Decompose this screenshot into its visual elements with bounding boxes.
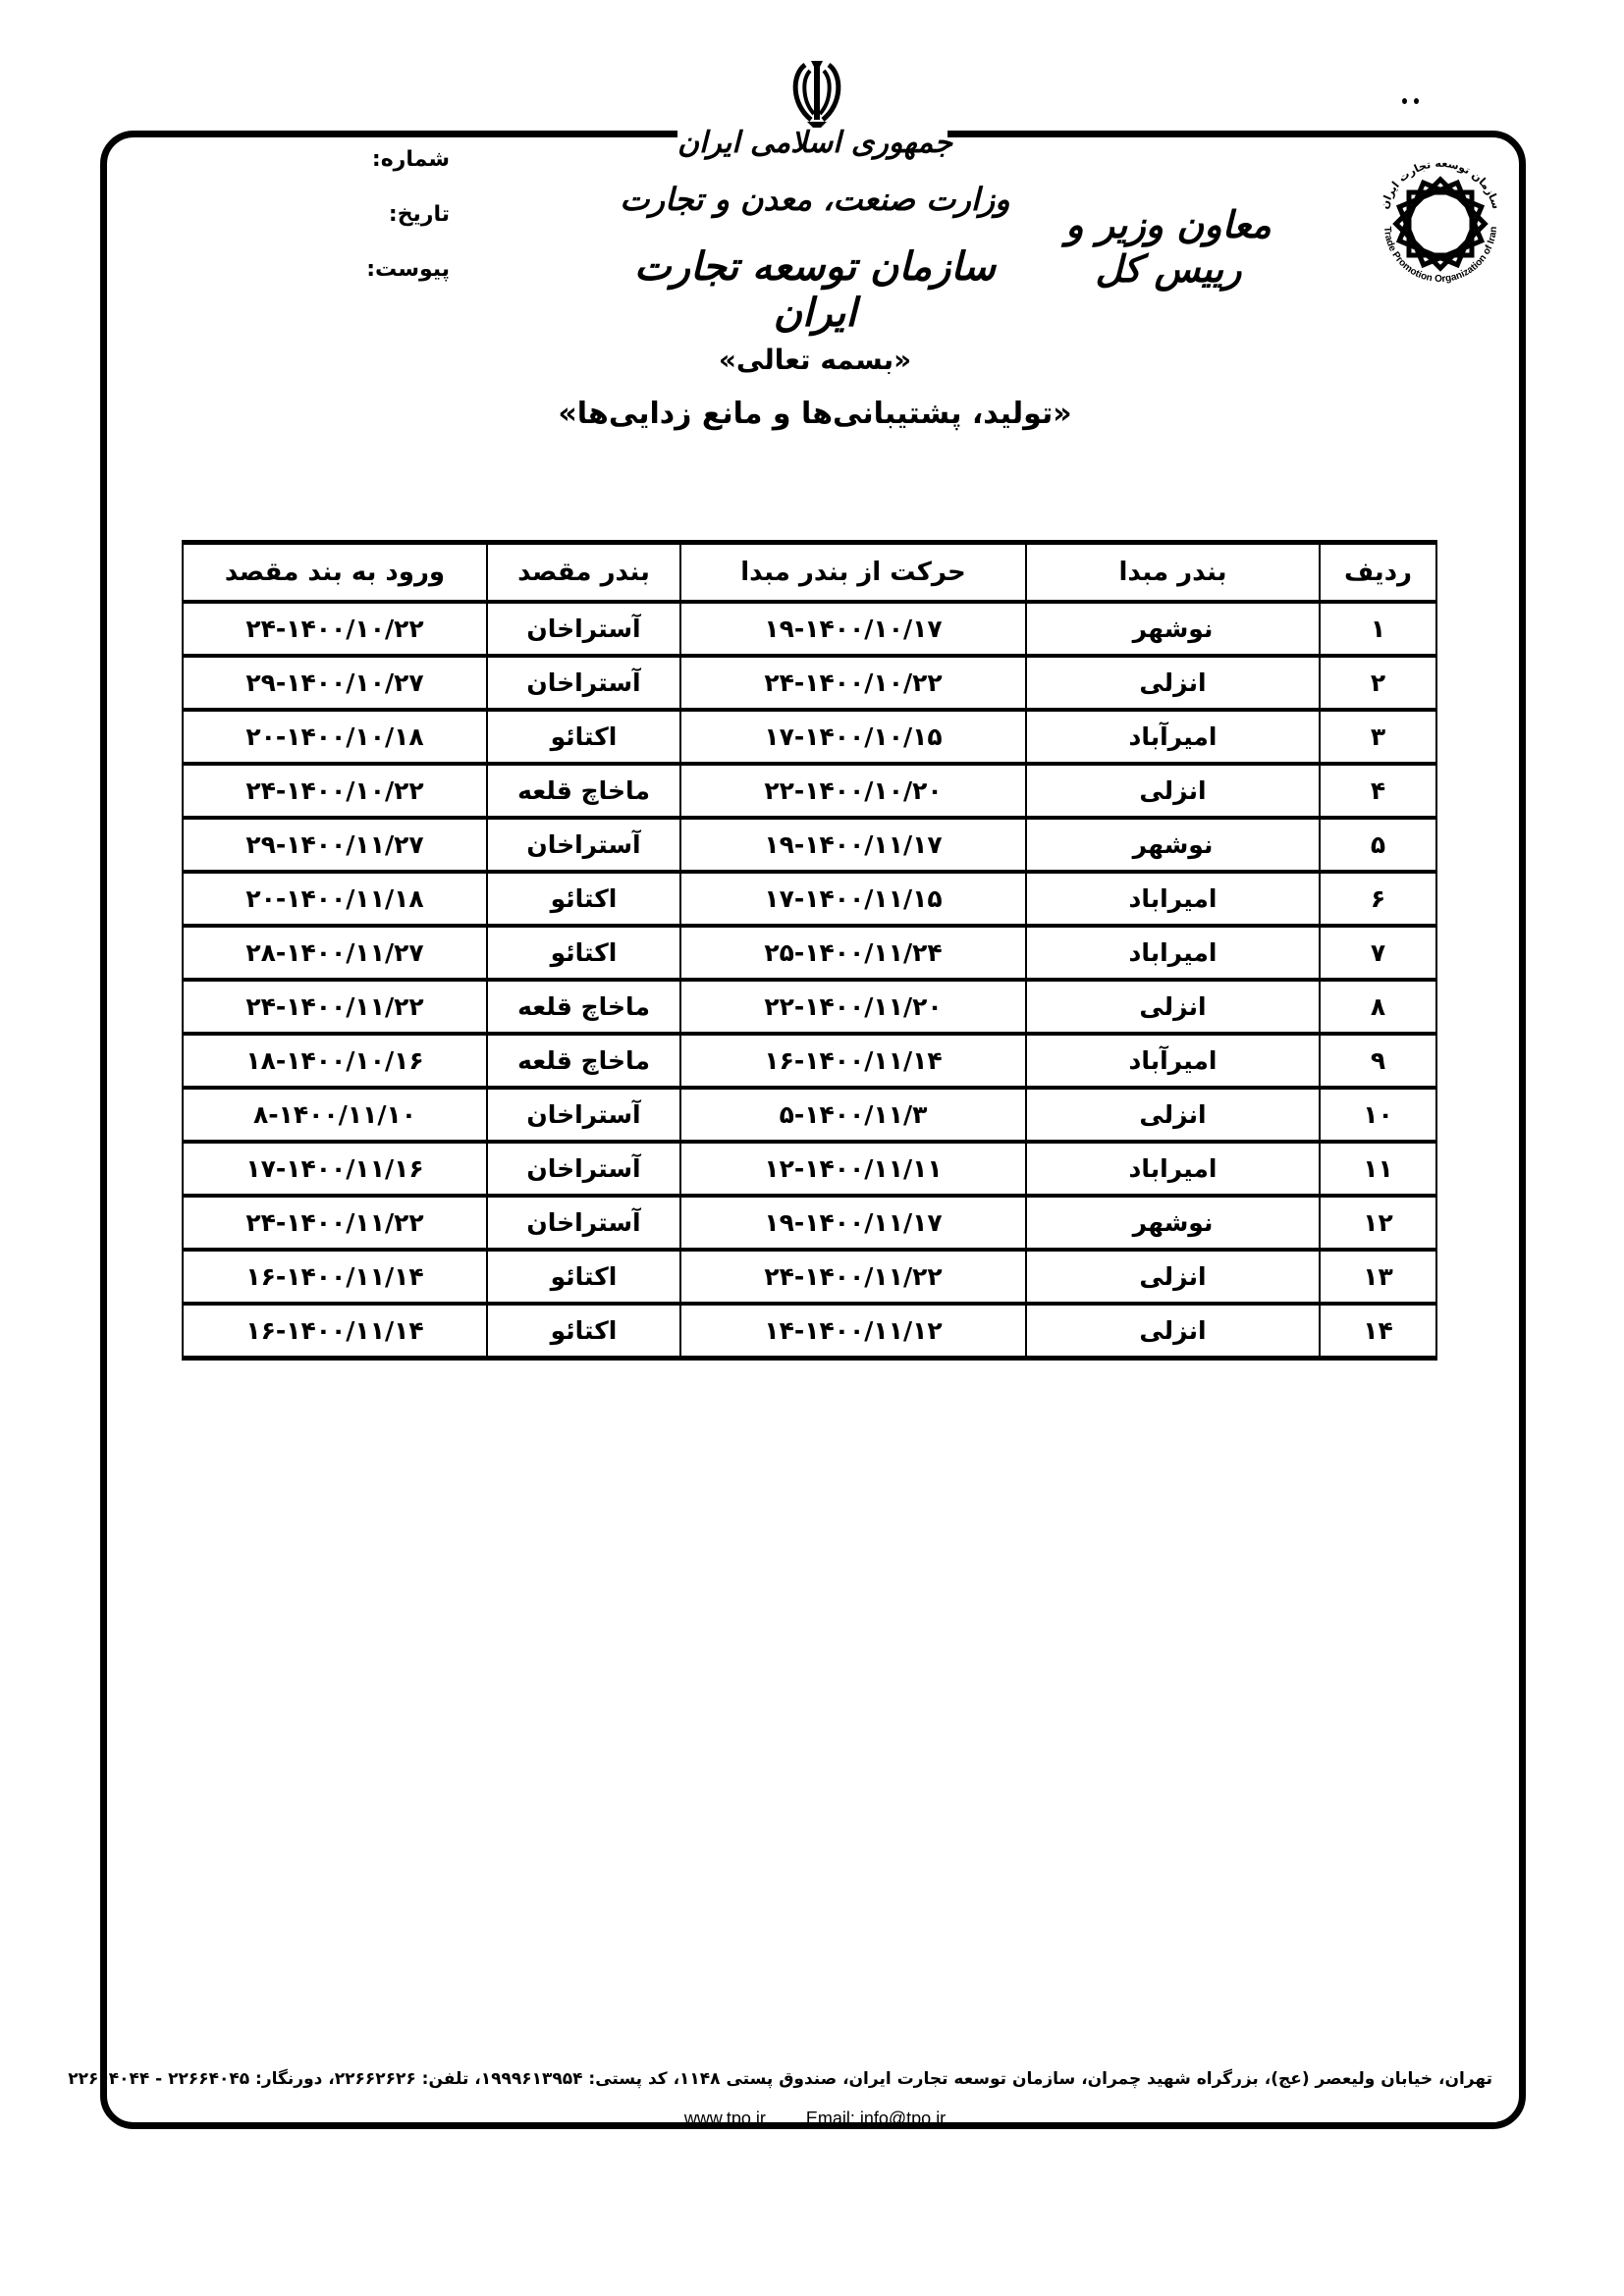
destination-port-cell: ماخاچ قلعه — [487, 764, 680, 818]
row-number-cell: ۱ — [1320, 602, 1436, 656]
destination-port-cell: اکتائو — [487, 926, 680, 980]
departure-date-cell: ۲۴-۱۴۰۰/۱۰/۲۲ — [680, 656, 1026, 710]
destination-port-cell: آستراخان — [487, 1196, 680, 1250]
origin-port-cell: امیراباد — [1026, 872, 1320, 926]
basmala-heading: «بسمه تعالی» — [589, 344, 1041, 376]
header-destination-port: بندر مقصد — [487, 543, 680, 603]
scan-speck — [1414, 98, 1419, 104]
header-row-number: ردیف — [1320, 543, 1436, 603]
row-number-cell: ۳ — [1320, 710, 1436, 764]
destination-port-cell: آستراخان — [487, 1142, 680, 1196]
shipping-schedule-table: ردیف بندر مبدا حرکت از بندر مبدا بندر مق… — [182, 540, 1437, 1361]
arrival-date-cell: ۲۴-۱۴۰۰/۱۱/۲۲ — [183, 980, 487, 1034]
arrival-date-cell: ۲۴-۱۴۰۰/۱۱/۲۲ — [183, 1196, 487, 1250]
departure-date-cell: ۱۷-۱۴۰۰/۱۱/۱۵ — [680, 872, 1026, 926]
destination-port-cell: آستراخان — [487, 602, 680, 656]
origin-port-cell: امیراباد — [1026, 1142, 1320, 1196]
document-subtitle: «تولید، پشتیبانی‌ها و مانع زدایی‌ها» — [550, 397, 1080, 431]
footer-address: تهران، خیابان ولیعصر (عج)، بزرگراه شهید … — [137, 2069, 1492, 2089]
destination-port-cell: ماخاچ قلعه — [487, 980, 680, 1034]
arrival-date-cell: ۱۷-۱۴۰۰/۱۱/۱۶ — [183, 1142, 487, 1196]
table-row: ۱۳انزلی۲۴-۱۴۰۰/۱۱/۲۲اکتائو۱۶-۱۴۰۰/۱۱/۱۴ — [183, 1250, 1436, 1304]
table-row: ۷امیراباد۲۵-۱۴۰۰/۱۱/۲۴اکتائو۲۸-۱۴۰۰/۱۱/۲… — [183, 926, 1436, 980]
departure-date-cell: ۲۲-۱۴۰۰/۱۱/۲۰ — [680, 980, 1026, 1034]
arrival-date-cell: ۲۰-۱۴۰۰/۱۱/۱۸ — [183, 872, 487, 926]
arrival-date-cell: ۲۴-۱۴۰۰/۱۰/۲۲ — [183, 602, 487, 656]
destination-port-cell: اکتائو — [487, 1250, 680, 1304]
departure-date-cell: ۱۲-۱۴۰۰/۱۱/۱۱ — [680, 1142, 1026, 1196]
country-name: جمهوری اسلامی ایران — [589, 126, 1041, 160]
origin-port-cell: امیرآباد — [1026, 710, 1320, 764]
ministry-name: وزارت صنعت، معدن و تجارت — [589, 181, 1041, 218]
row-number-cell: ۷ — [1320, 926, 1436, 980]
origin-port-cell: نوشهر — [1026, 818, 1320, 872]
table-row: ۴انزلی۲۲-۱۴۰۰/۱۰/۲۰ماخاچ قلعه۲۴-۱۴۰۰/۱۰/… — [183, 764, 1436, 818]
arrival-date-cell: ۲۹-۱۴۰۰/۱۰/۲۷ — [183, 656, 487, 710]
departure-date-cell: ۱۹-۱۴۰۰/۱۰/۱۷ — [680, 602, 1026, 656]
departure-date-cell: ۱۹-۱۴۰۰/۱۱/۱۷ — [680, 1196, 1026, 1250]
arrival-date-cell: ۲۸-۱۴۰۰/۱۱/۲۷ — [183, 926, 487, 980]
table-row: ۵نوشهر۱۹-۱۴۰۰/۱۱/۱۷آستراخان۲۹-۱۴۰۰/۱۱/۲۷ — [183, 818, 1436, 872]
row-number-cell: ۱۲ — [1320, 1196, 1436, 1250]
table-row: ۳امیرآباد۱۷-۱۴۰۰/۱۰/۱۵اکتائو۲۰-۱۴۰۰/۱۰/۱… — [183, 710, 1436, 764]
footer-contact: www.tpo.ir Email: info@tpo.ir — [589, 2109, 1041, 2129]
table-row: ۱۰انزلی۵-۱۴۰۰/۱۱/۳آستراخان۸-۱۴۰۰/۱۱/۱۰ — [183, 1088, 1436, 1142]
origin-port-cell: امیراباد — [1026, 926, 1320, 980]
table-row: ۶امیراباد۱۷-۱۴۰۰/۱۱/۱۵اکتائو۲۰-۱۴۰۰/۱۱/۱… — [183, 872, 1436, 926]
row-number-cell: ۲ — [1320, 656, 1436, 710]
departure-date-cell: ۱۷-۱۴۰۰/۱۰/۱۵ — [680, 710, 1026, 764]
destination-port-cell: اکتائو — [487, 1304, 680, 1359]
date-label: تاریخ: — [389, 202, 450, 227]
header-arrival: ورود به بند مقصد — [183, 543, 487, 603]
destination-port-cell: اکتائو — [487, 710, 680, 764]
table-header-row: ردیف بندر مبدا حرکت از بندر مبدا بندر مق… — [183, 543, 1436, 603]
arrival-date-cell: ۱۶-۱۴۰۰/۱۱/۱۴ — [183, 1250, 487, 1304]
scan-speck — [1402, 98, 1407, 104]
table-row: ۸انزلی۲۲-۱۴۰۰/۱۱/۲۰ماخاچ قلعه۲۴-۱۴۰۰/۱۱/… — [183, 980, 1436, 1034]
table-row: ۲انزلی۲۴-۱۴۰۰/۱۰/۲۲آستراخان۲۹-۱۴۰۰/۱۰/۲۷ — [183, 656, 1436, 710]
arrival-date-cell: ۱۶-۱۴۰۰/۱۱/۱۴ — [183, 1304, 487, 1359]
row-number-cell: ۵ — [1320, 818, 1436, 872]
arrival-date-cell: ۸-۱۴۰۰/۱۱/۱۰ — [183, 1088, 487, 1142]
organization-name: سازمان توسعه تجارت ایران — [589, 243, 1041, 336]
arrival-date-cell: ۲۴-۱۴۰۰/۱۰/۲۲ — [183, 764, 487, 818]
destination-port-cell: ماخاچ قلعه — [487, 1034, 680, 1088]
table-row: ۱۴انزلی۱۴-۱۴۰۰/۱۱/۱۲اکتائو۱۶-۱۴۰۰/۱۱/۱۴ — [183, 1304, 1436, 1359]
table-row: ۹امیرآباد۱۶-۱۴۰۰/۱۱/۱۴ماخاچ قلعه۱۸-۱۴۰۰/… — [183, 1034, 1436, 1088]
deputy-title: معاون وزیر و رییس کل — [1041, 202, 1296, 291]
origin-port-cell: نوشهر — [1026, 1196, 1320, 1250]
row-number-cell: ۶ — [1320, 872, 1436, 926]
email-link[interactable]: Email: info@tpo.ir — [806, 2109, 946, 2128]
row-number-cell: ۸ — [1320, 980, 1436, 1034]
origin-port-cell: انزلی — [1026, 764, 1320, 818]
table-row: ۱۲نوشهر۱۹-۱۴۰۰/۱۱/۱۷آستراخان۲۴-۱۴۰۰/۱۱/۲… — [183, 1196, 1436, 1250]
origin-port-cell: انزلی — [1026, 1304, 1320, 1359]
table-row: ۱نوشهر۱۹-۱۴۰۰/۱۰/۱۷آستراخان۲۴-۱۴۰۰/۱۰/۲۲ — [183, 602, 1436, 656]
departure-date-cell: ۱۴-۱۴۰۰/۱۱/۱۲ — [680, 1304, 1026, 1359]
destination-port-cell: آستراخان — [487, 656, 680, 710]
departure-date-cell: ۲۴-۱۴۰۰/۱۱/۲۲ — [680, 1250, 1026, 1304]
arrival-date-cell: ۲۰-۱۴۰۰/۱۰/۱۸ — [183, 710, 487, 764]
row-number-cell: ۱۰ — [1320, 1088, 1436, 1142]
origin-port-cell: نوشهر — [1026, 602, 1320, 656]
origin-port-cell: انزلی — [1026, 1250, 1320, 1304]
logo-text-fa: سازمان توسعه تجارت ایران — [1378, 157, 1502, 211]
destination-port-cell: آستراخان — [487, 818, 680, 872]
departure-date-cell: ۲۲-۱۴۰۰/۱۰/۲۰ — [680, 764, 1026, 818]
website-link[interactable]: www.tpo.ir — [684, 2109, 766, 2128]
departure-date-cell: ۱۹-۱۴۰۰/۱۱/۱۷ — [680, 818, 1026, 872]
origin-port-cell: امیرآباد — [1026, 1034, 1320, 1088]
destination-port-cell: اکتائو — [487, 872, 680, 926]
destination-port-cell: آستراخان — [487, 1088, 680, 1142]
departure-date-cell: ۱۶-۱۴۰۰/۱۱/۱۴ — [680, 1034, 1026, 1088]
origin-port-cell: انزلی — [1026, 1088, 1320, 1142]
origin-port-cell: انزلی — [1026, 980, 1320, 1034]
row-number-cell: ۹ — [1320, 1034, 1436, 1088]
departure-date-cell: ۲۵-۱۴۰۰/۱۱/۲۴ — [680, 926, 1026, 980]
row-number-cell: ۱۳ — [1320, 1250, 1436, 1304]
tpo-logo-icon: سازمان توسعه تجارت ایران Trade Promotion… — [1367, 147, 1514, 294]
table-row: ۱۱امیراباد۱۲-۱۴۰۰/۱۱/۱۱آستراخان۱۷-۱۴۰۰/۱… — [183, 1142, 1436, 1196]
header-departure: حرکت از بندر مبدا — [680, 543, 1026, 603]
arrival-date-cell: ۲۹-۱۴۰۰/۱۱/۲۷ — [183, 818, 487, 872]
arrival-date-cell: ۱۸-۱۴۰۰/۱۰/۱۶ — [183, 1034, 487, 1088]
row-number-cell: ۴ — [1320, 764, 1436, 818]
iran-emblem-icon — [785, 57, 848, 130]
row-number-cell: ۱۴ — [1320, 1304, 1436, 1359]
row-number-cell: ۱۱ — [1320, 1142, 1436, 1196]
origin-port-cell: انزلی — [1026, 656, 1320, 710]
number-label: شماره: — [372, 147, 450, 172]
departure-date-cell: ۵-۱۴۰۰/۱۱/۳ — [680, 1088, 1026, 1142]
attachment-label: پیوست: — [366, 257, 450, 282]
header-origin-port: بندر مبدا — [1026, 543, 1320, 603]
